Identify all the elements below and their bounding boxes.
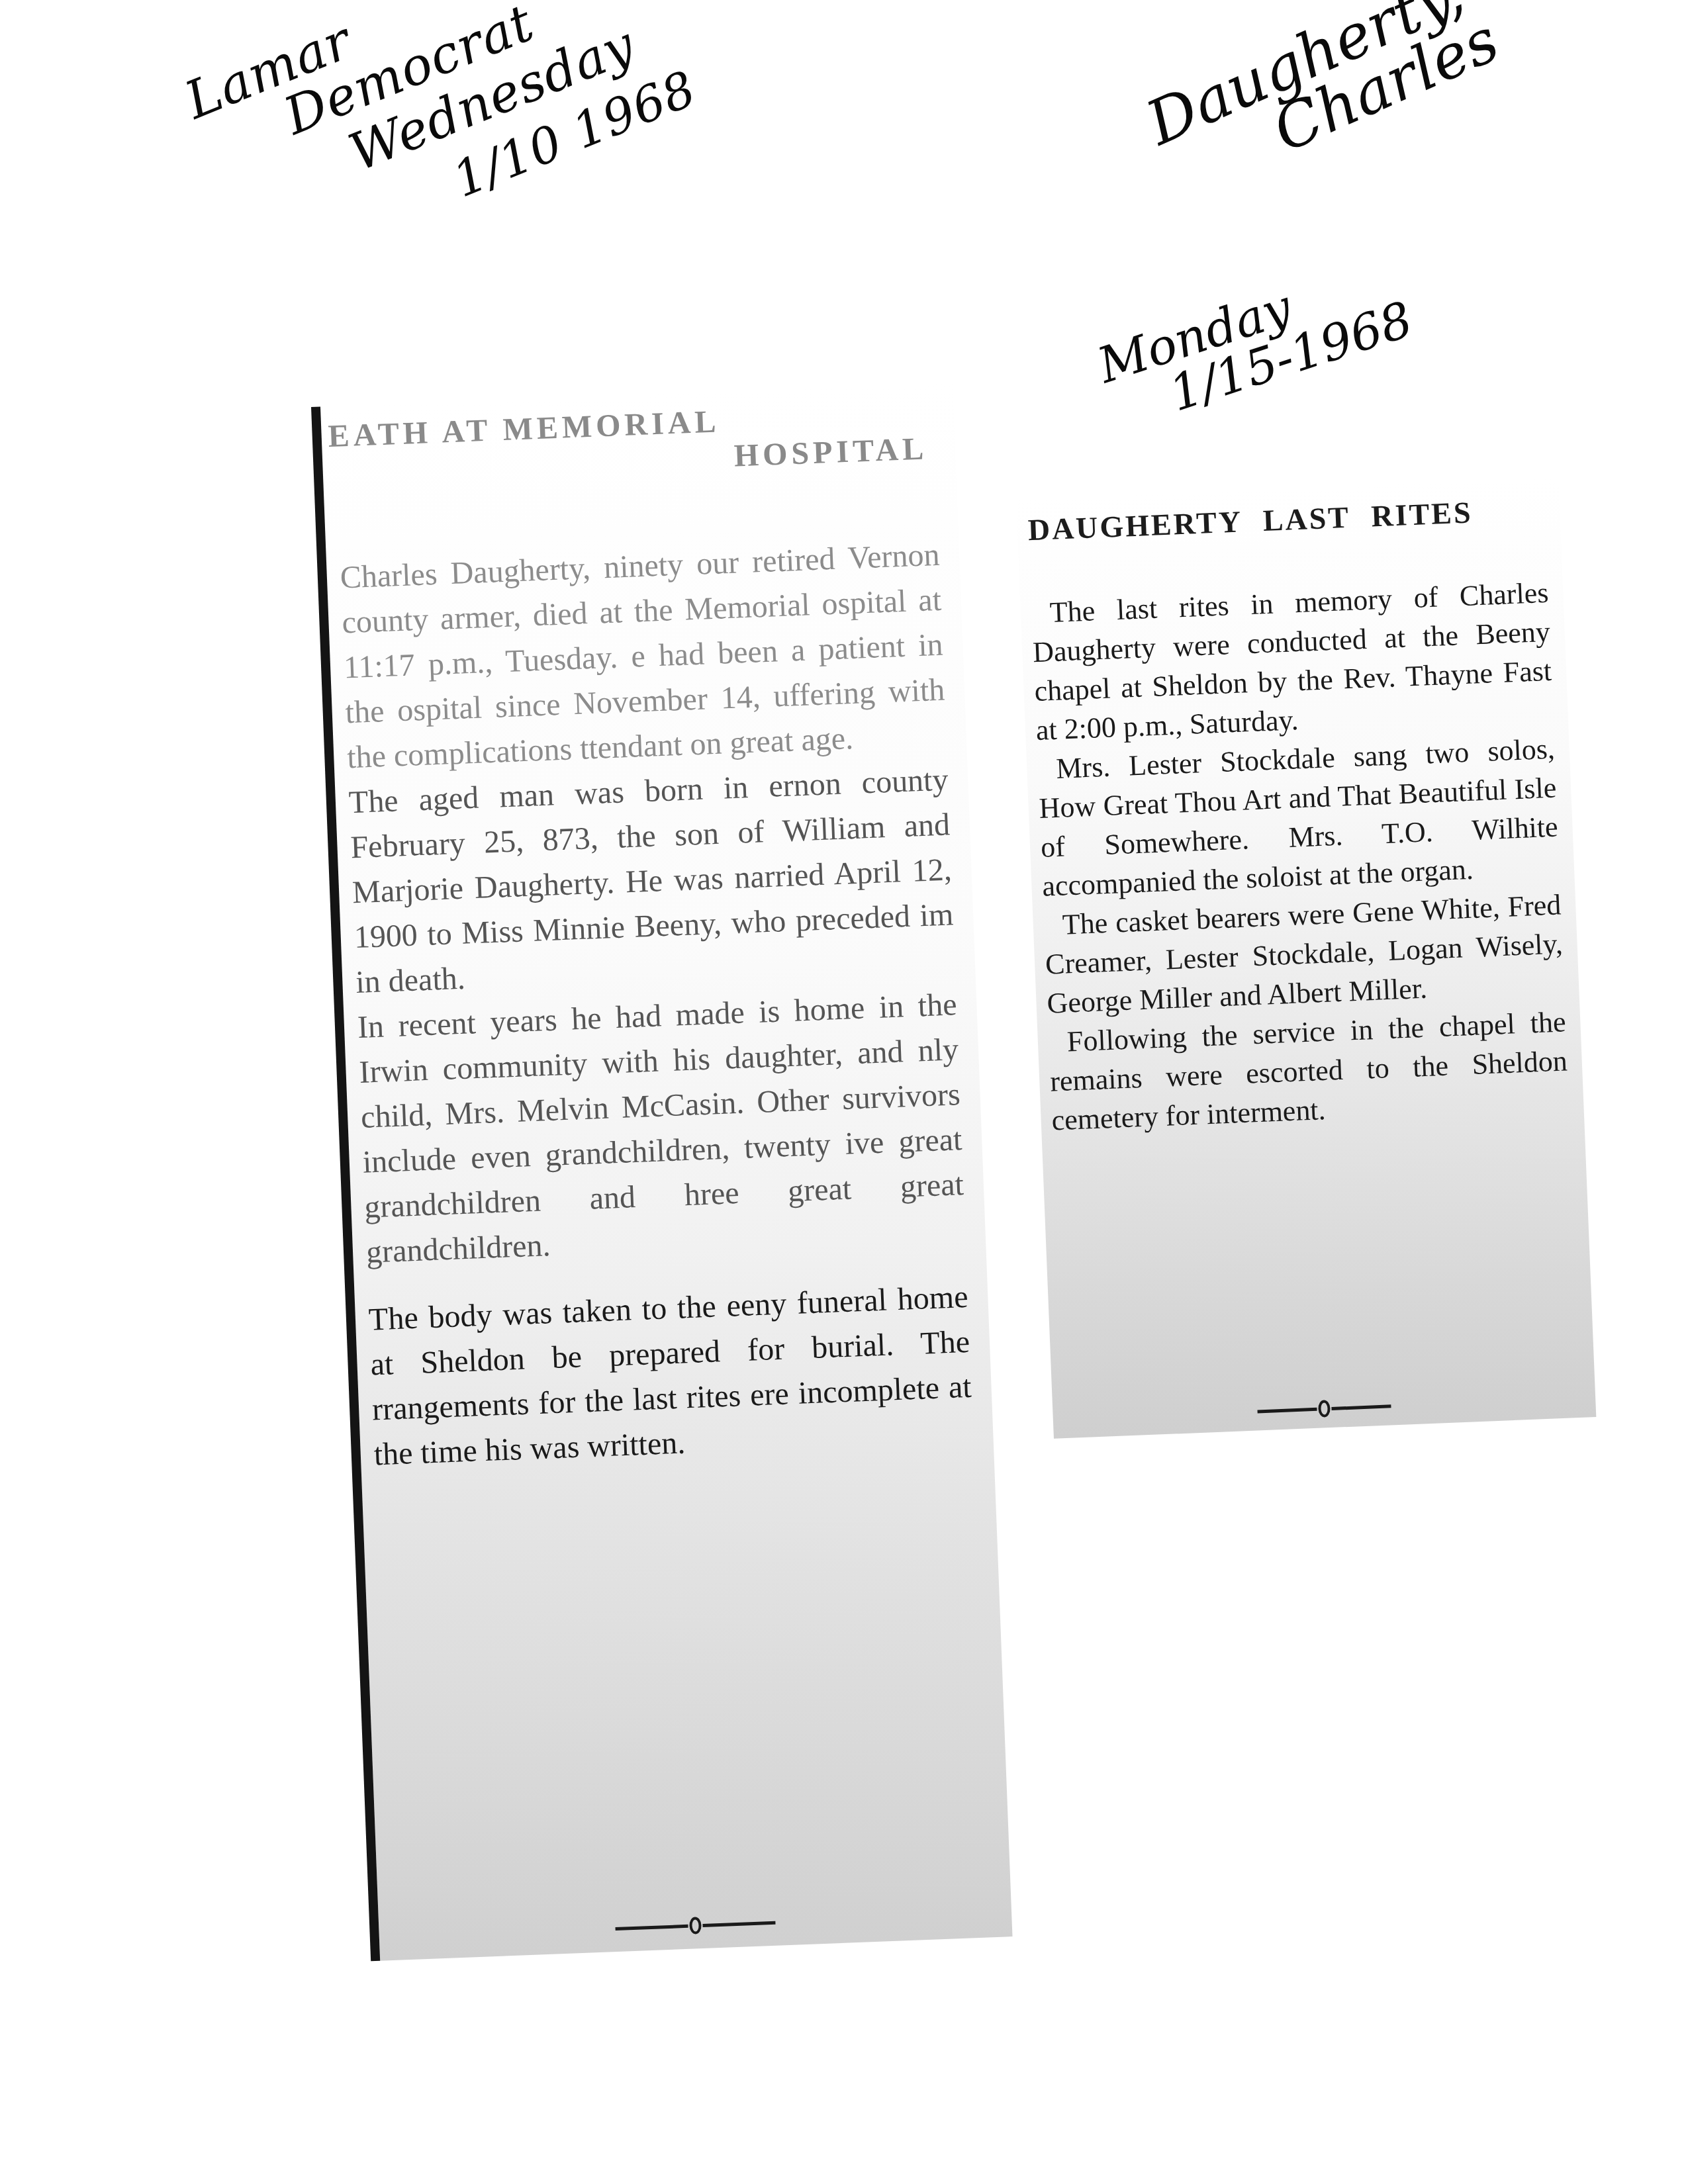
paragraph: The last rites in memory of Charles Daug… — [1031, 573, 1554, 750]
divider-circle-icon — [689, 1917, 702, 1934]
paragraph: The aged man was born in ernon county Fe… — [348, 757, 956, 1005]
clipping-last-rites: DAUGHERTY LAST RITES The last rites in m… — [1016, 478, 1596, 1439]
handwritten-source-note: Lamar Democrat Wednesday 1/10 1968 — [179, 0, 702, 287]
paragraph: Charles Daugherty, ninety our retired Ve… — [340, 532, 947, 780]
handwritten-subject-name: Daugherty, Charles — [1139, 0, 1507, 208]
divider-line — [1257, 1407, 1317, 1413]
clipping-rites-headline: DAUGHERTY LAST RITES — [1027, 492, 1546, 547]
clipping-death-notice: EATH AT MEMORIAL HOSPITAL Charles Daughe… — [311, 383, 1012, 1962]
clipping-rites-body: The last rites in memory of Charles Daug… — [1031, 573, 1570, 1140]
clipping-death-headline: EATH AT MEMORIAL HOSPITAL — [334, 396, 936, 489]
paragraph: Following the service in the chapel the … — [1048, 1002, 1570, 1140]
paragraph: Mrs. Lester Stockdale sang two solos, Ho… — [1037, 729, 1560, 906]
paragraph: The body was taken to the eeny funeral h… — [368, 1275, 974, 1478]
handwritten-second-date: Monday 1/15-1968 — [1092, 248, 1418, 437]
end-mark-divider — [615, 1914, 776, 1937]
paragraph: In recent years he had made is home in t… — [357, 982, 966, 1275]
divider-line — [1331, 1404, 1391, 1410]
paragraph: The casket bearers were Gene White, Fred… — [1043, 885, 1565, 1023]
clipping-death-body: Charles Daugherty, ninety our retired Ve… — [340, 532, 974, 1477]
divider-line — [702, 1921, 775, 1927]
divider-line — [615, 1924, 688, 1930]
divider-circle-icon — [1318, 1400, 1331, 1418]
end-mark-divider — [1257, 1397, 1391, 1420]
